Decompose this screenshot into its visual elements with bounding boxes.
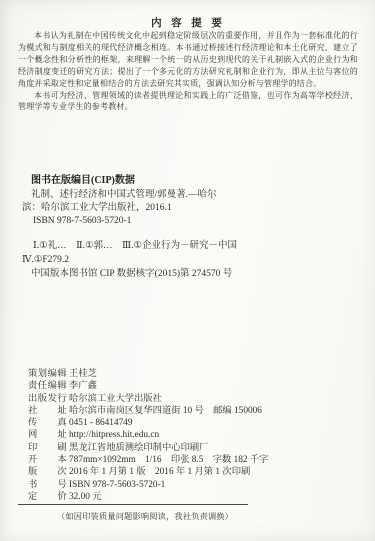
pub-value: 哈尔滨市南岗区复华四道街 10 号 邮编 150006 [69,405,262,417]
cip-block: 图书在版编目(CIP)数据 礼制、述行经济和中国式管理/郭曼著.—哈尔 滨：哈尔… [22,174,352,281]
cip-title-line-2: 滨：哈尔滨工业大学出版社，2016.1 [22,202,352,215]
cip-classification-line-1: Ⅰ.①礼… Ⅱ.①郭… Ⅲ.①企业行为－研究－中国 [22,240,352,253]
pub-value: 0451 - 86414749 [69,417,133,429]
cip-record-number: 中国版本图书馆 CIP 数据核字(2015)第 274570 号 [22,268,352,281]
pub-label: 开 本 [28,454,68,466]
pub-row-website: 网 址 http://hitpress.hit.edu.cn [28,429,358,441]
pub-value: 王桂芝 [69,368,97,380]
pub-label: 网 址 [28,429,68,441]
pub-value: ISBN 978-7-5603-5720-1 [69,479,165,491]
pub-value: 787mm×1092mm 1/16 印张 8.5 字数 182 千字 [69,454,268,466]
pub-row-publisher: 出版发行 哈尔滨工业大学出版社 [28,393,358,405]
abstract-title: 内 容 提 要 [0,15,375,30]
publication-info: 策划编辑 王桂芝 责任编辑 李广鑫 出版发行 哈尔滨工业大学出版社 社 址 哈尔… [28,368,358,503]
pub-row-format: 开 本 787mm×1092mm 1/16 印张 8.5 字数 182 千字 [28,454,358,466]
copyright-page: 内 容 提 要 本书认为礼制在中国传统文化中起到稳定阶级层次的重要作用，并且作为… [0,0,375,541]
cip-heading: 图书在版编目(CIP)数据 [22,174,352,187]
pub-row-address: 社 址 哈尔滨市南岗区复华四道街 10 号 邮编 150006 [28,405,358,417]
pub-row-edition: 版 次 2016 年 1 月第 1 版 2016 年 1 月第 1 次印刷 [28,466,358,478]
pub-label: 责任编辑 [28,380,68,392]
pub-value: 黑龙江省地质测绘印制中心印刷厂 [69,442,208,454]
abstract-paragraph-1: 本书认为礼制在中国传统文化中起到稳定阶级层次的重要作用，并且作为一套标准化的行为… [18,30,358,90]
pub-label: 出版发行 [28,393,68,405]
divider-rule [18,504,248,505]
abstract-body: 本书认为礼制在中国传统文化中起到稳定阶级层次的重要作用，并且作为一套标准化的行为… [18,30,358,113]
cip-classification-line-2: Ⅳ.①F279.2 [22,254,352,267]
pub-label: 策划编辑 [28,368,68,380]
pub-value: http://hitpress.hit.edu.cn [69,429,159,441]
pub-label: 社 址 [28,405,68,417]
cip-isbn: ISBN 978-7-5603-5720-1 [22,215,352,228]
pub-value: 哈尔滨工业大学出版社 [69,393,162,405]
pub-label: 传 真 [28,417,68,429]
pub-value: 李广鑫 [69,380,97,392]
pub-row-responsible-editor: 责任编辑 李广鑫 [28,380,358,392]
pub-row-printer: 印 刷 黑龙江省地质测绘印制中心印刷厂 [28,442,358,454]
abstract-paragraph-2: 本书可为经济、管理领域的读者提供理论和实践上的广泛借鉴，也可作为高等学校经济、管… [18,90,358,114]
cip-title-line-1: 礼制、述行经济和中国式管理/郭曼著.—哈尔 [22,189,352,202]
pub-row-fax: 传 真 0451 - 86414749 [28,417,358,429]
pub-value: 32.00 元 [69,491,102,503]
pub-label: 印 刷 [28,442,68,454]
quality-exchange-note: （如因印装质量问题影响阅读，我社负责调换） [57,511,233,522]
pub-row-book-number: 书 号 ISBN 978-7-5603-5720-1 [28,479,358,491]
pub-row-planning-editor: 策划编辑 王桂芝 [28,368,358,380]
pub-value: 2016 年 1 月第 1 版 2016 年 1 月第 1 次印刷 [69,466,250,478]
pub-label: 版 次 [28,466,68,478]
pub-label: 定 价 [28,491,68,503]
pub-row-price: 定 价 32.00 元 [28,491,358,503]
pub-label: 书 号 [28,479,68,491]
